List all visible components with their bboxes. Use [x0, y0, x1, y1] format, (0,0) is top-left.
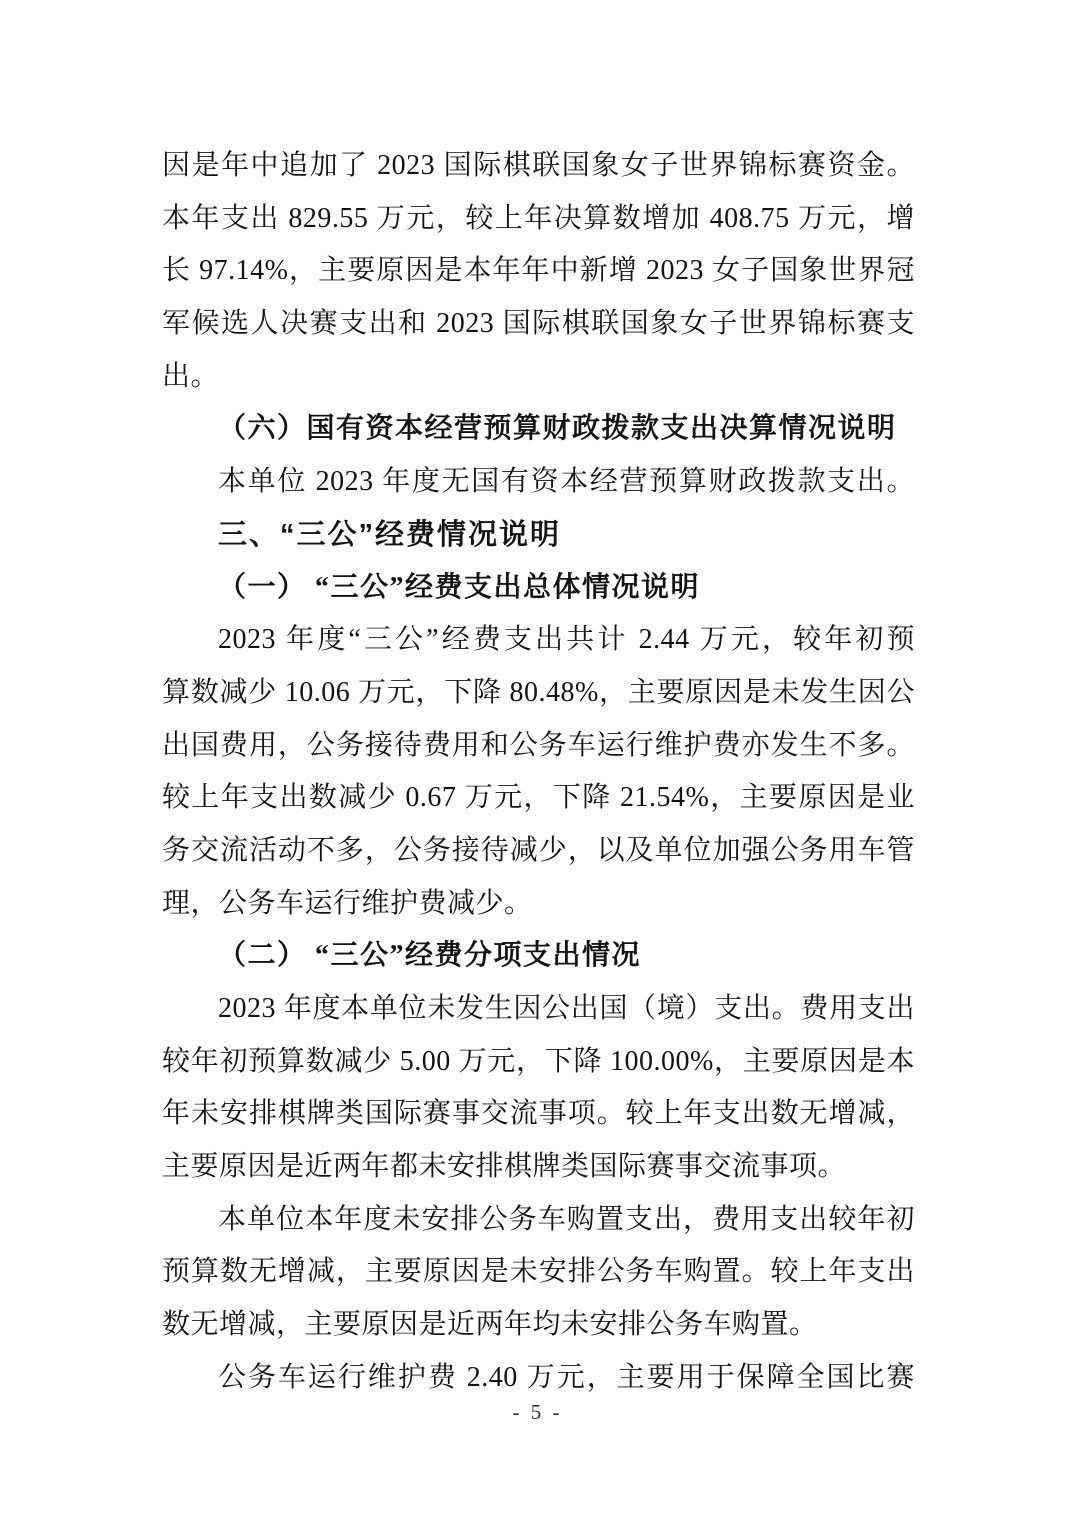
text-line: 公务车运行维护费 2.40 万元，主要用于保障全国比赛 [162, 1352, 915, 1405]
text-line: 2023 年度本单位未发生因公出国（境）支出。费用支出 [162, 983, 915, 1036]
section-heading: （六）国有资本经营预算财政拨款支出决算情况说明 [162, 403, 915, 456]
text-line: 因是年中追加了 2023 国际棋联国象女子世界锦标赛资金。 [162, 140, 915, 193]
page-number: - 5 - [513, 1400, 563, 1424]
text-line: 出国费用，公务接待费用和公务车运行维护费亦发生不多。 [162, 720, 915, 773]
text-line: 本单位本年度未安排公务车购置支出，费用支出较年初 [162, 1194, 915, 1247]
section-heading: （一） “三公”经费支出总体情况说明 [162, 562, 915, 615]
text-line: 主要原因是近两年都未安排棋牌类国际赛事交流事项。 [162, 1141, 915, 1194]
text-line: 预算数无增减，主要原因是未安排公务车购置。较上年支出 [162, 1246, 915, 1299]
text-line: 算数减少 10.06 万元，下降 80.48%，主要原因是未发生因公 [162, 667, 915, 720]
text-line: 本单位 2023 年度无国有资本经营预算财政拨款支出。 [162, 456, 915, 509]
text-line: 较年初预算数减少 5.00 万元，下降 100.00%，主要原因是本 [162, 1036, 915, 1089]
text-line: 理，公务车运行维护费减少。 [162, 878, 915, 931]
text-line: 出。 [162, 351, 915, 404]
document-page: 因是年中追加了 2023 国际棋联国象女子世界锦标赛资金。 本年支出 829.5… [0, 0, 1075, 1520]
chapter-heading: 三、“三公”经费情况说明 [162, 509, 915, 562]
text-line: 长 97.14%，主要原因是本年年中新增 2023 女子国象世界冠 [162, 245, 915, 298]
text-line: 数无增减，主要原因是近两年均未安排公务车购置。 [162, 1299, 915, 1352]
text-line: 较上年支出数减少 0.67 万元，下降 21.54%，主要原因是业 [162, 772, 915, 825]
page-footer: - 5 - [0, 1400, 1075, 1425]
text-line: 务交流活动不多，公务接待减少，以及单位加强公务用车管 [162, 825, 915, 878]
text-line: 2023 年度“三公”经费支出共计 2.44 万元，较年初预 [162, 614, 915, 667]
section-heading: （二） “三公”经费分项支出情况 [162, 930, 915, 983]
text-line: 军候选人决赛支出和 2023 国际棋联国象女子世界锦标赛支 [162, 298, 915, 351]
text-line: 年未安排棋牌类国际赛事交流事项。较上年支出数无增减， [162, 1088, 915, 1141]
text-line: 本年支出 829.55 万元，较上年决算数增加 408.75 万元，增 [162, 193, 915, 246]
document-body: 因是年中追加了 2023 国际棋联国象女子世界锦标赛资金。 本年支出 829.5… [162, 140, 915, 1405]
